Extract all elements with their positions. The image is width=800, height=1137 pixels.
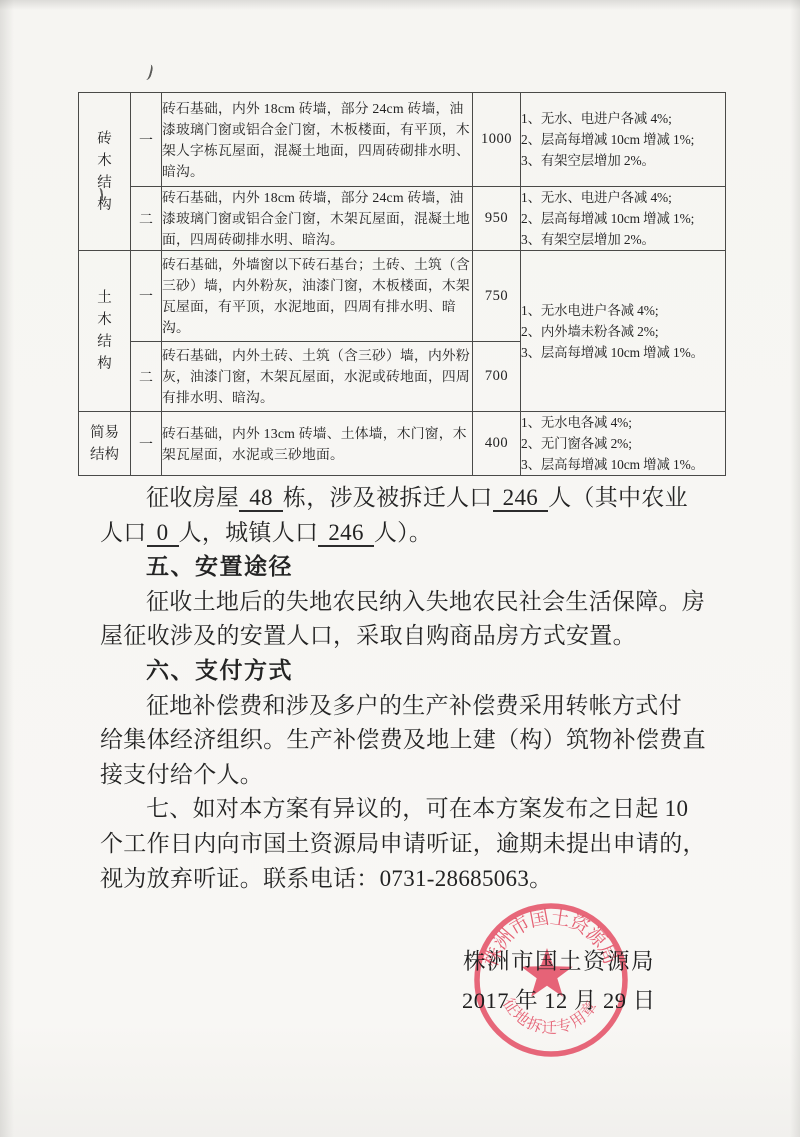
note-item: 1、无水、电进户各减 4%;	[521, 108, 725, 129]
grade-cell: 二	[131, 342, 162, 412]
table-row: 砖木结构 一 砖石基础，内外 18cm 砖墙，部分 24cm 砖墙，油漆玻璃门窗…	[79, 93, 726, 187]
description-cell: 砖石基础，外墙窗以下砖石基台；土砖、土筑（含三砂）墙，内外粉灰，油漆门窗，木板楼…	[162, 251, 473, 342]
table-row: 简易结构 一 砖石基础，内外 13cm 砖墙、土体墙，木门窗，木架瓦屋面，水泥或…	[79, 412, 726, 476]
body-line: 征收房屋 48 栋，涉及被拆迁人口 246 人（其中农业	[100, 481, 728, 516]
body-line: 征收土地后的失地农民纳入失地农民社会生活保障。房	[100, 585, 728, 620]
structure-cell: 砖木结构	[79, 93, 131, 251]
body-line: 六、支付方式	[100, 654, 728, 689]
structure-label: 土木结构	[97, 287, 113, 375]
structure-label: 砖木结构	[97, 128, 113, 216]
body-line: 接支付给个人。	[100, 758, 728, 793]
note-item: 2、层高每增减 10cm 增减 1%;	[521, 129, 725, 150]
underlined-value: 0	[147, 520, 179, 547]
body-line: 人口 0 人，城镇人口 246 人）。	[100, 516, 728, 551]
note-item: 3、层高每增减 10cm 增减 1%。	[521, 454, 725, 475]
underlined-value: 246	[318, 520, 374, 547]
text-segment: 栋，涉及被拆迁人口	[283, 485, 493, 510]
grade-cell: 一	[131, 251, 162, 342]
official-seal: 株洲市国土资源局 征地拆迁专用章	[461, 890, 641, 1070]
signature-date: 2017 年 12 月 29 日	[462, 983, 656, 1015]
description-cell: 砖石基础，内外土砖、土筑（含三砂）墙，内外粉灰，油漆门窗，木架瓦屋面，水泥或砖地…	[162, 342, 473, 412]
notes-cell: 1、无水、电进户各减 4%; 2、层高每增减 10cm 增减 1%; 3、有架空…	[521, 93, 726, 187]
price-cell: 750	[473, 251, 521, 342]
price-cell: 700	[473, 342, 521, 412]
note-item: 3、有架空层增加 2%。	[521, 150, 725, 171]
structure-cell: 简易结构	[79, 412, 131, 476]
ink-speck	[141, 63, 154, 81]
grade-cell: 一	[131, 93, 162, 187]
body-line: 个工作日内向市国土资源局申请听证，逾期未提出申请的，	[100, 827, 728, 862]
price-cell: 400	[473, 412, 521, 476]
price-cell: 950	[473, 187, 521, 251]
description-cell: 砖石基础，内外 18cm 砖墙，部分 24cm 砖墙，油漆玻璃门窗或铝合金门窗，…	[162, 187, 473, 251]
price-cell: 1000	[473, 93, 521, 187]
note-item: 3、有架空层增加 2%。	[521, 229, 725, 250]
note-item: 2、层高每增减 10cm 增减 1%;	[521, 208, 725, 229]
notes-cell: 1、无水电进户各减 4%; 2、内外墙未粉各减 2%; 3、层高每增减 10cm…	[521, 251, 726, 412]
body-line: 屋征收涉及的安置人口，采取自购商品房方式安置。	[100, 619, 728, 654]
signature-name: 株洲市国土资源局	[463, 944, 655, 976]
description-cell: 砖石基础，内外 18cm 砖墙，部分 24cm 砖墙，油漆玻璃门窗或铝合金门窗，…	[162, 93, 473, 187]
underlined-value: 246	[493, 485, 549, 512]
note-item: 1、无水电进户各减 4%;	[521, 300, 725, 321]
text-segment: 人口	[100, 520, 147, 545]
grade-cell: 二	[131, 187, 162, 251]
body-text: 征收房屋 48 栋，涉及被拆迁人口 246 人（其中农业人口 0 人，城镇人口 …	[100, 481, 728, 896]
body-line: 征地补偿费和涉及多户的生产补偿费采用转帐方式付	[100, 689, 728, 724]
note-item: 3、层高每增减 10cm 增减 1%。	[521, 342, 725, 363]
table-row: 二 砖石基础，内外 18cm 砖墙，部分 24cm 砖墙，油漆玻璃门窗或铝合金门…	[79, 187, 726, 251]
body-line: 给集体经济组织。生产补偿费及地上建（构）筑物补偿费直	[100, 723, 728, 758]
body-line: 七、如对本方案有异议的，可在本方案发布之日起 10	[100, 792, 728, 827]
grade-cell: 一	[131, 412, 162, 476]
description-cell: 砖石基础，内外 13cm 砖墙、土体墙，木门窗，木架瓦屋面，水泥或三砂地面。	[162, 412, 473, 476]
body-line: 五、安置途径	[100, 550, 728, 585]
text-segment: 人，城镇人口	[179, 520, 319, 545]
text-segment: 征收房屋	[146, 485, 239, 510]
note-item: 2、内外墙未粉各减 2%;	[521, 321, 725, 342]
underlined-value: 48	[239, 485, 283, 512]
compensation-table: 砖木结构 一 砖石基础，内外 18cm 砖墙，部分 24cm 砖墙，油漆玻璃门窗…	[78, 92, 726, 476]
table-row: 土木结构 一 砖石基础，外墙窗以下砖石基台；土砖、土筑（含三砂）墙，内外粉灰，油…	[79, 251, 726, 342]
notes-cell: 1、无水电各减 4%; 2、无门窗各减 2%; 3、层高每增减 10cm 增减 …	[521, 412, 726, 476]
structure-label: 简易结构	[89, 422, 121, 466]
structure-cell: 土木结构	[79, 251, 131, 412]
note-item: 1、无水电各减 4%;	[521, 412, 725, 433]
notes-cell: 1、无水、电进户各减 4%; 2、层高每增减 10cm 增减 1%; 3、有架空…	[521, 187, 726, 251]
note-item: 2、无门窗各减 2%;	[521, 433, 725, 454]
text-segment: 人（其中农业	[548, 485, 688, 510]
note-item: 1、无水、电进户各减 4%;	[521, 187, 725, 208]
document-page: 砖木结构 一 砖石基础，内外 18cm 砖墙，部分 24cm 砖墙，油漆玻璃门窗…	[0, 0, 800, 1137]
text-segment: 人）。	[374, 520, 432, 545]
